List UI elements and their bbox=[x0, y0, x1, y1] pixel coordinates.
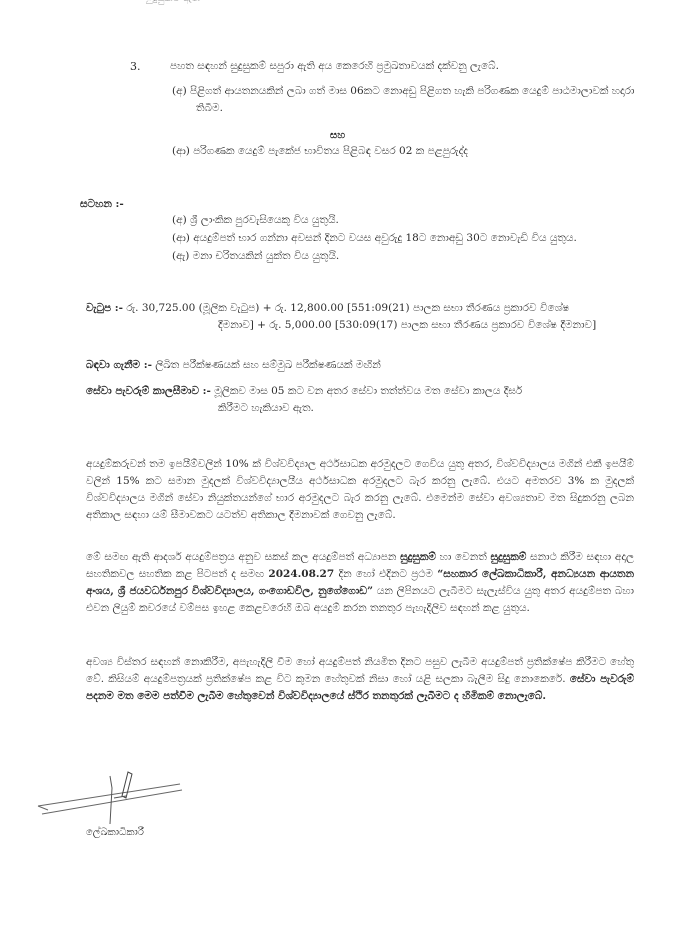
bold-text: සුදුසුකම් bbox=[400, 551, 436, 563]
closing-date: 2024.08.27 bbox=[268, 568, 334, 580]
recruitment-section: බඳවා ගැනීම :- ලිඛිත පරීක්ෂණයක් සහ සම්මුඛ… bbox=[86, 357, 626, 374]
salary-line-2: දීමනාව] + රු. 5,000.00 [530:09(17) පාලක … bbox=[86, 317, 626, 334]
recruitment-label: බඳවා ගැනීම :- bbox=[86, 359, 152, 371]
note-item: (ඇ) මනා චරිතයකින් යුක්ත විය යුතුයි. bbox=[172, 248, 632, 265]
note-item: (ආ) අයදුම්පත් භාර ගන්නා අවසන් දිනට වයස අ… bbox=[172, 230, 632, 247]
note-label: (ආ) bbox=[172, 232, 190, 244]
service-period-label: සේවා පැවරුම් කාලසීමාව :- bbox=[86, 385, 211, 397]
note-label: (අ) bbox=[172, 214, 187, 226]
signatory-title: ලේඛකාධිකාරී bbox=[86, 824, 144, 841]
application-submission-paragraph: මේ සමඟ ඇති ආදර්ශ අයදුම්පත්‍රය අනුව සකස් … bbox=[86, 549, 634, 617]
qualification-item-aa: (ආ) පරිගණක යෙදුම් පැකේජ භාවිතය පිළිබඳ වස… bbox=[172, 143, 632, 160]
item-label: (අ) bbox=[172, 85, 187, 97]
rejection-paragraph: අවශ්‍ය විස්තර සඳහන් නොකිරීම, අපැහැදිලි ව… bbox=[86, 654, 634, 705]
item-text: පරිගණක යෙදුම් පැකේජ භාවිතය පිළිබඳ වසර 02… bbox=[193, 145, 468, 157]
cut-off-text: ුදුසුකම් ඇති bbox=[145, 0, 200, 7]
recruitment-text: ලිඛිත පරීක්ෂණයක් සහ සම්මුඛ පරීක්ෂණයක් මඟ… bbox=[155, 359, 381, 371]
item-text: පිළිගත් ආයතනයකින් ලබා ගත් මාස 06කට නොඅඩු… bbox=[190, 85, 634, 114]
qualification-item-a: (අ) පිළිගත් ආයතනයකින් ලබා ගත් මාස 06කට න… bbox=[172, 83, 656, 117]
service-period-line-2: කිරීමට හැකියාව ඇත. bbox=[86, 400, 626, 417]
note-text: ශ්‍රී ලාංකික පුරවැසියෙකු විය යුතුයි. bbox=[190, 214, 339, 226]
bold-text: සුදුසුකම් bbox=[491, 551, 527, 563]
note-item: (අ) ශ්‍රී ලාංකික පුරවැසියෙකු විය යුතුයි. bbox=[172, 212, 632, 229]
text: මේ සමඟ ඇති ආදර්ශ අයදුම්පත්‍රය අනුව සකස් … bbox=[86, 551, 400, 563]
conjunction-and: සහ bbox=[330, 127, 345, 144]
service-period-section: සේවා පැවරුම් කාලසීමාව :- මූලිකව මාස 05 ක… bbox=[86, 383, 626, 417]
section-number: 3. bbox=[130, 58, 141, 75]
notes-heading: සටහන :- bbox=[80, 196, 124, 213]
salary-line-1: රු. 30,725.00 (මූලික වැටුප) + රු. 12,800… bbox=[126, 302, 569, 314]
provident-fund-paragraph: අයදුම්කරුවන් තම ඉපයීම්වලින් 10% ක් විශ්ව… bbox=[86, 456, 634, 524]
text: අවශ්‍ය විස්තර සඳහන් නොකිරීම, අපැහැදිලි ව… bbox=[86, 656, 634, 685]
text: හා වෙනත් bbox=[436, 551, 491, 563]
salary-label: වැටුප :- bbox=[86, 302, 123, 314]
section-3-intro: පහත සඳහන් සුදුසුකම් සපුරා ඇති අය කෙරෙහි … bbox=[170, 58, 650, 75]
signature-icon bbox=[30, 768, 190, 828]
item-label: (ආ) bbox=[172, 145, 190, 157]
note-text: මනා චරිතයකින් යුක්ත විය යුතුයි. bbox=[193, 250, 340, 262]
salary-section: වැටුප :- රු. 30,725.00 (මූලික වැටුප) + ර… bbox=[86, 300, 626, 334]
notes-list: (අ) ශ්‍රී ලාංකික පුරවැසියෙකු විය යුතුයි.… bbox=[172, 212, 632, 266]
note-text: අයදුම්පත් භාර ගන්නා අවසන් දිනට වයස අවුරු… bbox=[193, 232, 577, 244]
note-label: (ඇ) bbox=[172, 250, 189, 262]
text: දින හෝ එදිනට ප්‍රථම bbox=[334, 568, 437, 580]
service-period-line-1: මූලිකව මාස 05 කට වන අතර සේවා තත්ත්වය මත … bbox=[214, 385, 522, 397]
